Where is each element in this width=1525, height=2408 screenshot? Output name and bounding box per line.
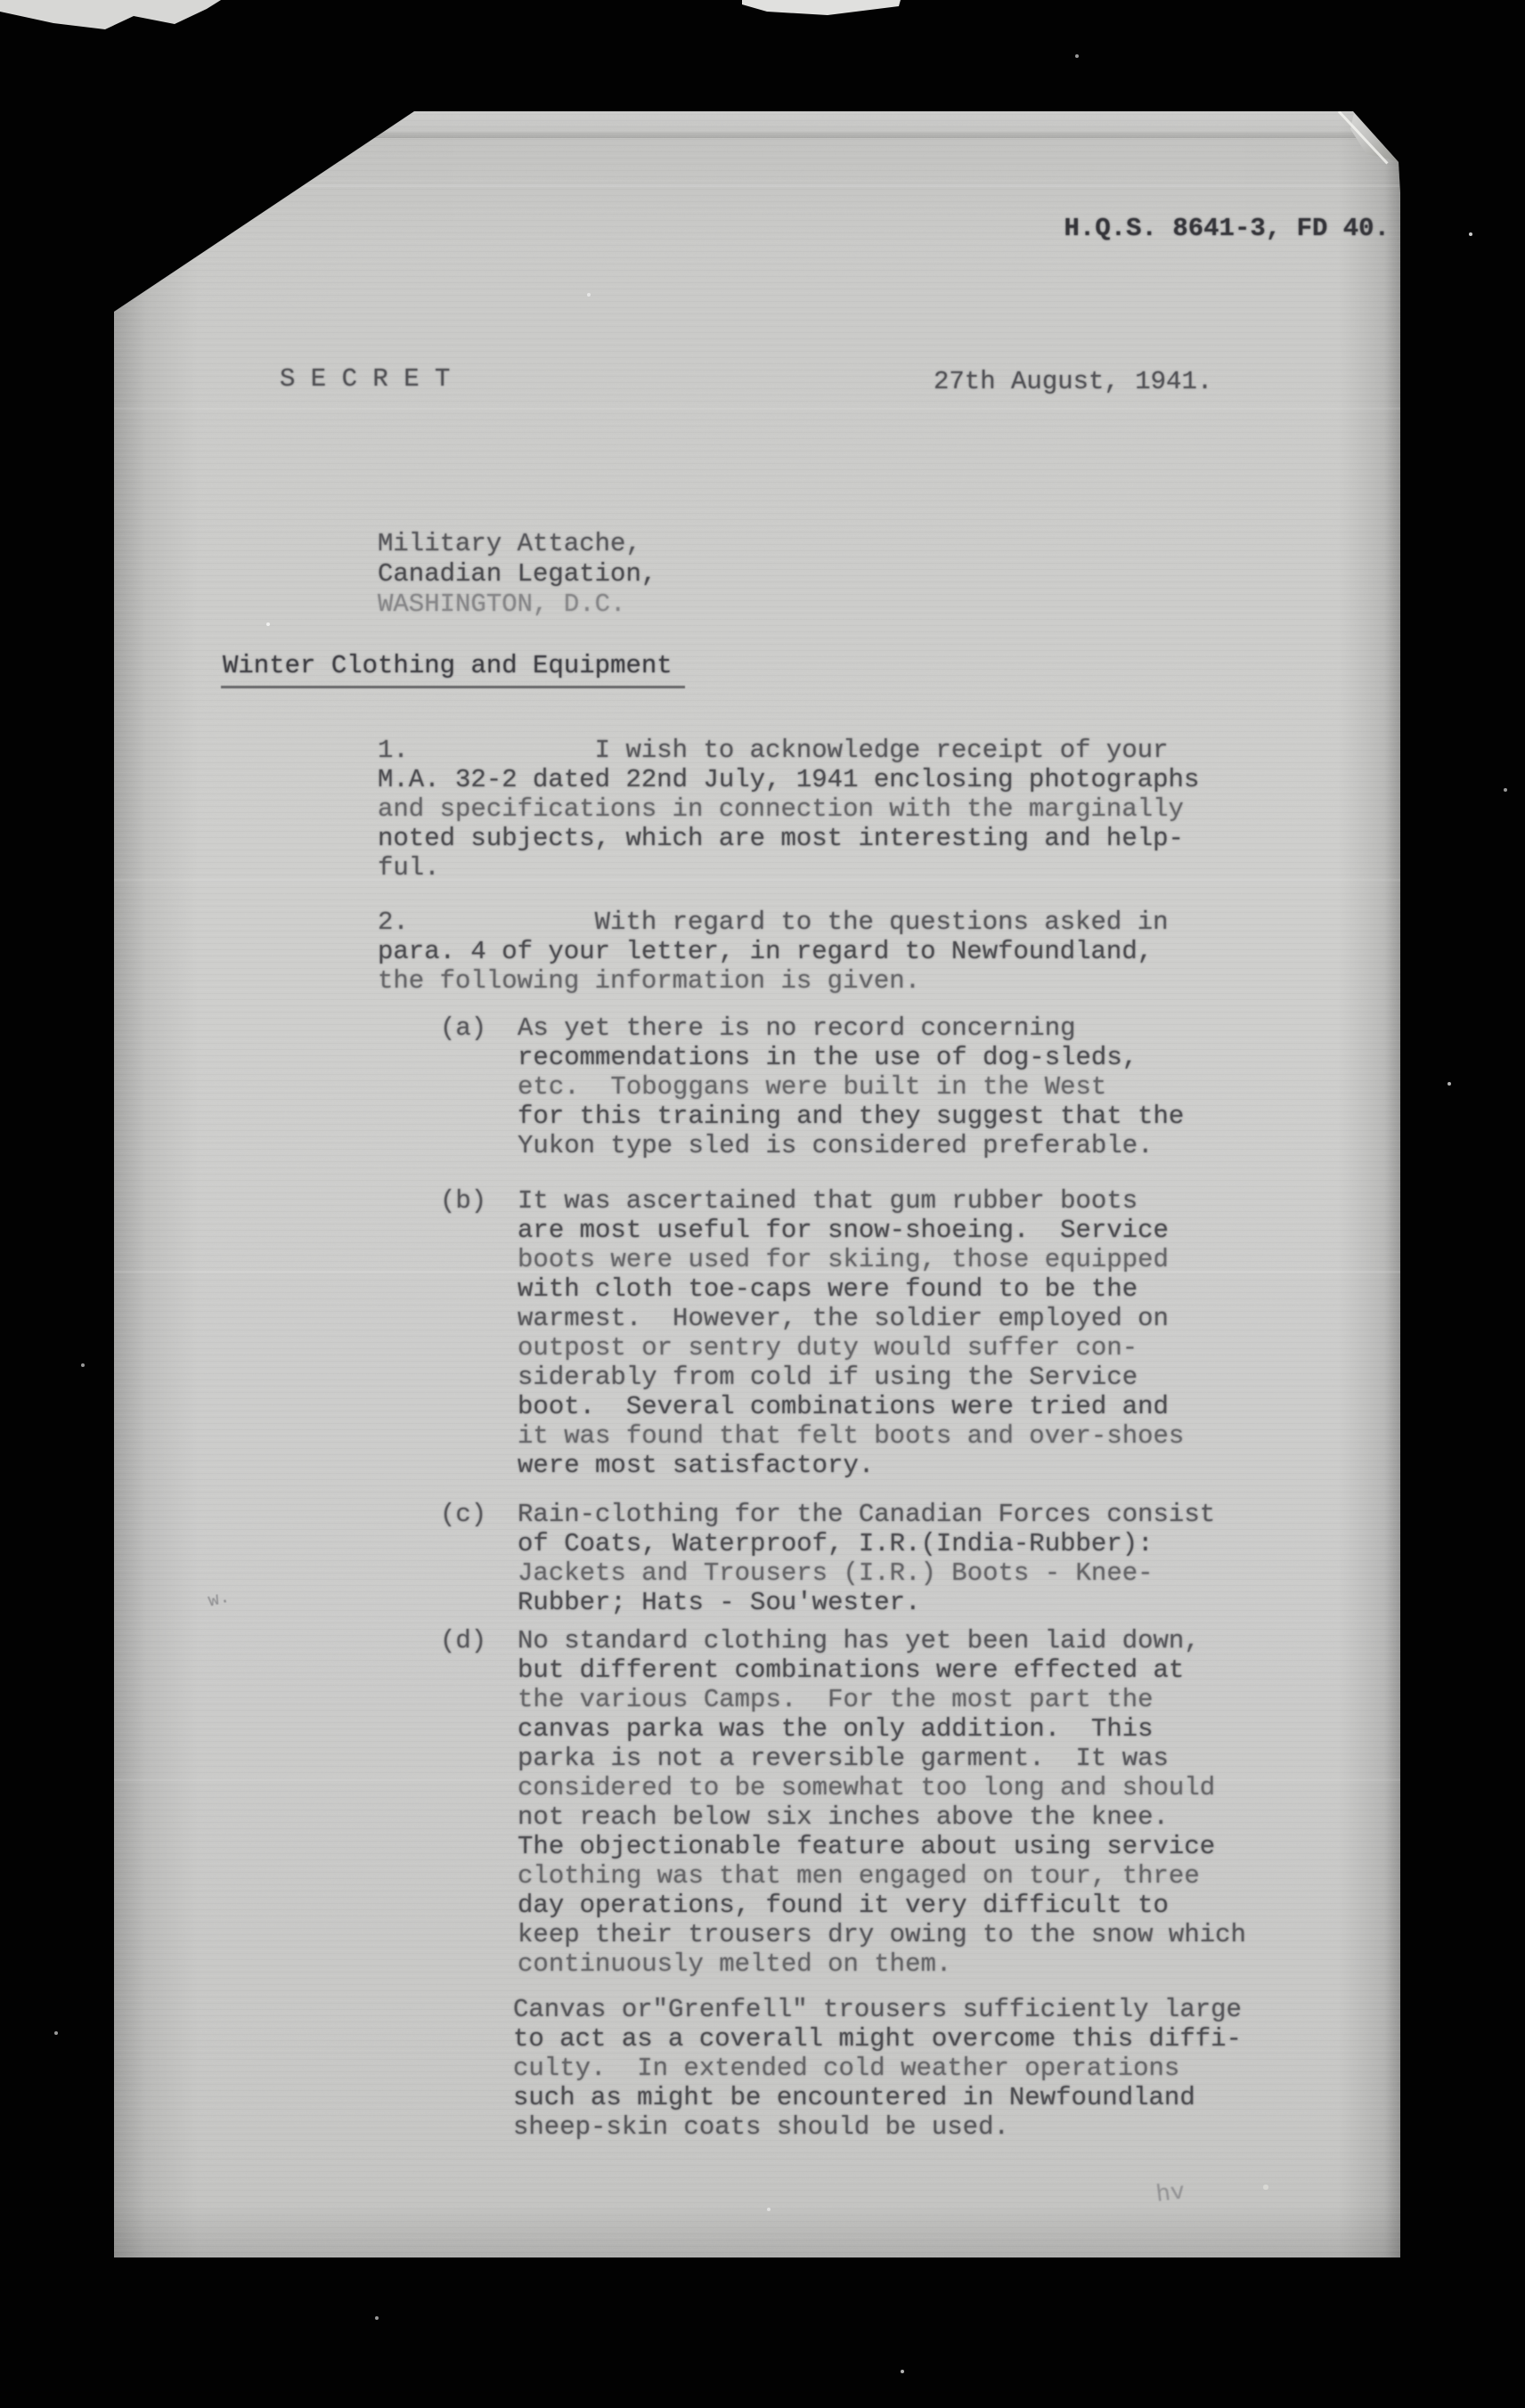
pencil-annotation: hv: [1154, 2178, 1187, 2211]
text-line: 2. With regard to the questions asked in: [378, 907, 1169, 937]
text-line: not reach below six inches above the kne…: [440, 1802, 1246, 1832]
text-line: Yukon type sled is considered preferable…: [440, 1131, 1184, 1160]
text-line: warmest. However, the soldier employed o…: [440, 1304, 1184, 1333]
text-line: (c) Rain-clothing for the Canadian Force…: [440, 1500, 1215, 1529]
file-reference-number: H.Q.S. 8641-3, FD 40.: [1051, 214, 1390, 243]
text-line: Jackets and Trousers (I.R.) Boots - Knee…: [440, 1558, 1215, 1588]
text-line: Canvas or"Grenfell" trousers sufficientl…: [513, 1995, 1242, 2024]
text-line: considered to be somewhat too long and s…: [440, 1773, 1246, 1802]
text-line: parka is not a reversible garment. It wa…: [440, 1744, 1246, 1773]
torn-page-scrap-left: [0, 0, 224, 32]
text-line: 1. I wish to acknowledge receipt of your: [378, 736, 1199, 765]
text-line: to act as a coverall might overcome this…: [513, 2024, 1242, 2054]
subject-line: Winter Clothing and Equipment: [221, 651, 685, 688]
closing-paragraph: Canvas or"Grenfell" trousers sufficientl…: [513, 1995, 1242, 2142]
text-line: M.A. 32-2 dated 22nd July, 1941 enclosin…: [378, 765, 1199, 794]
text-line: culty. In extended cold weather operatio…: [513, 2054, 1242, 2083]
item-c: (c) Rain-clothing for the Canadian Force…: [440, 1500, 1215, 1617]
text-line: (a) As yet there is no record concerning: [440, 1013, 1184, 1043]
text-line: outpost or sentry duty would suffer con-: [440, 1333, 1184, 1363]
text-line: and specifications in connection with th…: [378, 794, 1199, 824]
text-line: such as might be encountered in Newfound…: [513, 2083, 1242, 2112]
text-line: boot. Several combinations were tried an…: [440, 1392, 1184, 1421]
text-line: the various Camps. For the most part the: [440, 1685, 1246, 1714]
paragraph-2: 2. With regard to the questions asked in…: [378, 907, 1169, 996]
item-b: (b) It was ascertained that gum rubber b…: [440, 1186, 1184, 1480]
text-line: it was found that felt boots and over-sh…: [440, 1421, 1184, 1451]
dust-specks: [0, 0, 2, 2]
text-line: clothing was that men engaged on tour, t…: [440, 1861, 1246, 1891]
text-line: Canadian Legation,: [378, 559, 656, 590]
scanned-document-photo: H.Q.S. 8641-3, FD 40. S E C R E T 27th A…: [0, 0, 1525, 2408]
item-d: (d) No standard clothing has yet been la…: [440, 1626, 1246, 1979]
text-line: (b) It was ascertained that gum rubber b…: [440, 1186, 1184, 1216]
text-line: day operations, found it very difficult …: [440, 1891, 1246, 1920]
item-a: (a) As yet there is no record concerning…: [440, 1013, 1184, 1160]
text-line: ful.: [378, 853, 1199, 883]
text-line: the following information is given.: [378, 966, 1169, 996]
text-line: para. 4 of your letter, in regard to New…: [378, 937, 1169, 966]
recipient-address: Military Attache,Canadian Legation,WASHI…: [378, 529, 656, 620]
text-line: recommendations in the use of dog-sleds,: [440, 1043, 1184, 1072]
text-line: but different combinations were effected…: [440, 1655, 1246, 1685]
text-line: Military Attache,: [378, 529, 656, 559]
text-line: are most useful for snow-shoeing. Servic…: [440, 1216, 1184, 1245]
text-line: The objectionable feature about using se…: [440, 1832, 1246, 1861]
text-line: siderably from cold if using the Service: [440, 1363, 1184, 1392]
text-line: noted subjects, which are most interesti…: [378, 824, 1199, 853]
text-line: continuously melted on them.: [440, 1949, 1246, 1979]
classification-stamp: S E C R E T: [280, 364, 450, 394]
paragraph-1: 1. I wish to acknowledge receipt of your…: [378, 736, 1199, 883]
text-line: WASHINGTON, D.C.: [378, 590, 656, 620]
text-line: boots were used for skiing, those equipp…: [440, 1245, 1184, 1274]
text-line: canvas parka was the only addition. This: [440, 1714, 1246, 1744]
text-line: for this training and they suggest that …: [440, 1102, 1184, 1131]
text-line: (d) No standard clothing has yet been la…: [440, 1626, 1246, 1655]
text-line: sheep-skin coats should be used.: [513, 2112, 1242, 2142]
text-line: etc. Toboggans were built in the West: [440, 1072, 1184, 1102]
text-line: with cloth toe-caps were found to be the: [440, 1274, 1184, 1304]
torn-page-scrap-center: [742, 0, 901, 20]
text-line: of Coats, Waterproof, I.R.(India-Rubber)…: [440, 1529, 1215, 1558]
text-line: keep their trousers dry owing to the sno…: [440, 1920, 1246, 1949]
text-line: Rubber; Hats - Sou'wester.: [440, 1588, 1215, 1617]
text-line: were most satisfactory.: [440, 1451, 1184, 1480]
letter-date: 27th August, 1941.: [934, 367, 1212, 396]
